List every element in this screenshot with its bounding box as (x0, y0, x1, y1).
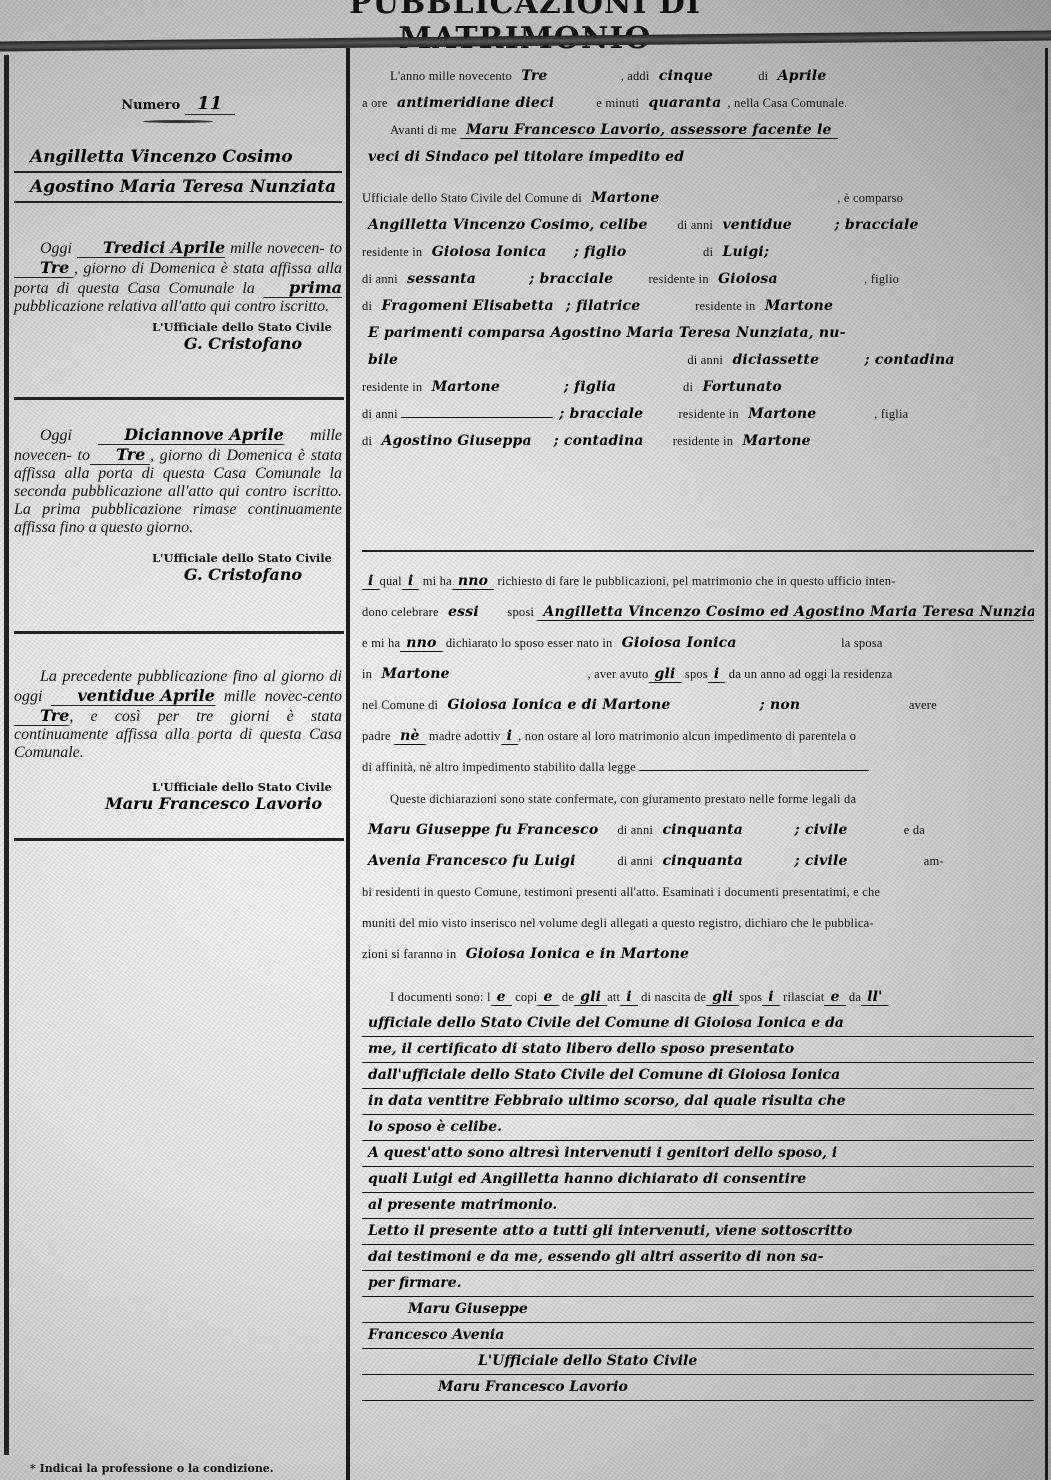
officer-signature: Maru Francesco Lavorio (432, 1379, 634, 1395)
record-line: e mi hanno dichiarato lo sposo esser nat… (362, 628, 1034, 659)
print-text: di (362, 434, 372, 448)
hw-text: Letto il presente atto a tutti gli inter… (362, 1223, 858, 1239)
record-line: veci di Sindaco pel titolare impedito ed (362, 144, 1034, 171)
profession-hw: ; filatrice (560, 293, 692, 320)
spacer (362, 171, 1034, 185)
print-text: e minuti (596, 96, 639, 110)
record-line: bi residenti in questo Comune, testimoni… (362, 877, 1034, 908)
residence-hw: Gioiosa (712, 266, 864, 293)
first-pub-date: Tredici Aprile (77, 238, 225, 258)
print-text: residente in (648, 272, 708, 286)
print-text: am- (924, 854, 944, 868)
record-line: di Fragomeni Elisabetta; filatrice resid… (362, 293, 1034, 320)
print-text: e da (904, 823, 925, 837)
print-text: residente in (673, 434, 733, 448)
hw-text: A quest'atto sono altresì intervenuti i … (362, 1145, 843, 1161)
signature-line: Maru Giuseppe (362, 1297, 1034, 1323)
record-line: Angilletta Vincenzo Cosimo, celibe di an… (362, 212, 1034, 239)
hw-fill: nno (452, 573, 494, 590)
section-rule (14, 838, 344, 841)
record-line: Maru Giuseppe fu Francesco di anni cinqu… (362, 815, 1034, 846)
residence-hw: Martone (742, 401, 874, 428)
record-line: di anni ; bracciale residente in Martone… (362, 401, 1034, 428)
signature-label: L'Ufficiale dello Stato Civile (14, 551, 342, 565)
final-note-date: ventidue Aprile (51, 686, 215, 706)
record-line: muniti del mio visto inserisco nel volum… (362, 908, 1034, 939)
print-text: in (362, 667, 372, 681)
age-hw: sessanta (401, 266, 523, 293)
hw-fill: i (708, 666, 726, 683)
officer-hw: Maru Francesco Lavorio, assessore facent… (460, 122, 838, 139)
hw-fill: essi (442, 597, 504, 628)
second-publication-box: Oggi Diciannove Aprile mille novecen- to… (14, 425, 342, 584)
hw-line: per firmare. (362, 1271, 1034, 1297)
hw-text: dai testimoni e da me, essendo gli altri… (362, 1249, 830, 1265)
requests-section: iquali mi hanno richiesto di fare le pub… (362, 566, 1034, 783)
hw-fill: e (824, 989, 845, 1006)
residence-hw: Martone (426, 374, 558, 401)
comune-hw: Martone (585, 185, 837, 212)
record-line: in Martone, aver avutogli sposi da un an… (362, 659, 1034, 690)
hw-fill: gli (649, 666, 682, 683)
hw-fill: ll' (861, 989, 889, 1006)
month-hw: Aprile (772, 63, 904, 90)
year-prefix: to (330, 240, 342, 257)
age-hw: diciassette (726, 347, 858, 374)
print-text: zioni si faranno in (362, 947, 456, 961)
hw-fill: i (402, 573, 420, 590)
hw-line: me, il certificato di stato libero dello… (362, 1037, 1034, 1063)
print-text: di (703, 245, 713, 259)
age-hw: cinquanta (656, 846, 788, 877)
record-line: dono celebrare essi sposi Angilletta Vin… (362, 597, 1034, 628)
documents-section: I documenti sono: le copie degliatti di … (362, 983, 1034, 1401)
second-pub-year: Tre (90, 445, 150, 465)
section-rule (14, 631, 344, 634)
hw-line: in data ventitre Febbraio ultimo scorso,… (362, 1089, 1034, 1115)
signature-label: L'Ufficiale dello Stato Civile (14, 780, 342, 794)
hw-line: A quest'atto sono altresì intervenuti i … (362, 1141, 1034, 1167)
print-text: residente in (678, 407, 738, 421)
hw-line: al presente matrimonio. (362, 1193, 1034, 1219)
record-line: di Agostino Giuseppa; contadina resident… (362, 428, 1034, 455)
profession-hw: ; bracciale (523, 266, 645, 293)
hw-line: dai testimoni e da me, essendo gli altri… (362, 1245, 1034, 1271)
print-text: , figlia (874, 407, 908, 421)
profession-hw: ; civile (788, 815, 900, 846)
hw-text: al presente matrimonio. (362, 1197, 563, 1213)
print-text: dono celebrare (362, 605, 439, 619)
record-line: Queste dichiarazioni sono state conferma… (362, 784, 1034, 815)
print-text: att (607, 990, 620, 1004)
print-text: L'anno mille novecento (390, 69, 512, 83)
first-pub-text-3: pubblicazione relativa all'atto qui cont… (14, 298, 329, 315)
minutes-hw: quaranta (643, 90, 728, 117)
year-prefix: to (78, 447, 90, 464)
first-pub-year: Tre (14, 258, 74, 278)
profession-hw: ; civile (788, 846, 920, 877)
relation-hw: ; figlia (558, 374, 680, 401)
print-text: , figlio (864, 272, 899, 286)
publication-places-hw: Gioiosa Ionica e in Martone (460, 939, 912, 970)
hw-text: lo sposo è celibe. (362, 1119, 508, 1135)
print-text: spos (685, 667, 708, 681)
print-text: , aver avuto (587, 667, 648, 681)
oggi-label: Oggi (40, 427, 72, 444)
residence-hw: Martone (736, 428, 868, 455)
status-hw: bile (362, 347, 684, 374)
relation-hw: ; figlio (568, 239, 700, 266)
signature-line: Maru Francesco Lavorio (362, 1375, 1034, 1401)
age-hw: cinquanta (656, 815, 788, 846)
record-line: residente in Gioiosa Ionica; figlio di L… (362, 239, 1034, 266)
hw-text: per firmare. (362, 1275, 468, 1291)
print-text: di anni (617, 854, 653, 868)
print-text: di anni (362, 407, 398, 421)
signature: G. Cristofano (14, 334, 342, 353)
mother-hw: Fragomeni Elisabetta (375, 293, 559, 320)
witness-hw: Maru Giuseppe fu Francesco (362, 815, 614, 846)
bride-hw: E parimenti comparsa Agostino Maria Tere… (362, 320, 1034, 347)
print-text: nel Comune di (362, 698, 438, 712)
record-line: Ufficiale dello Stato Civile del Comune … (362, 185, 1034, 212)
print-text: di anni (677, 218, 713, 232)
hw-line: quali Luigi ed Angilletta hanno dichiara… (362, 1167, 1034, 1193)
bride-name: Agostino Maria Teresa Nunziata (14, 173, 342, 203)
hw-fill: e (537, 989, 558, 1006)
hw-fill: gli (706, 989, 739, 1006)
signature: G. Cristofano (14, 565, 342, 584)
ornament-divider (143, 120, 213, 123)
print-text: padre (362, 729, 391, 743)
print-text: di nascita de (641, 990, 706, 1004)
print-text: avere (909, 698, 937, 712)
record-line: a ore antimeridiane dieci e minuti quara… (362, 90, 1034, 117)
signature-line: Francesco Avenia (362, 1323, 1034, 1349)
hw-fill: i (620, 989, 638, 1006)
age-hw (401, 417, 553, 418)
spouses-hw: Angilletta Vincenzo Cosimo ed Agostino M… (537, 604, 1034, 621)
age-hw: ventidue (716, 212, 828, 239)
hw-text: quali Luigi ed Angilletta hanno dichiara… (362, 1171, 812, 1187)
record-line: iquali mi hanno richiesto di fare le pub… (362, 566, 1034, 597)
spouse-names: Angilletta Vincenzo Cosimo Agostino Mari… (14, 143, 342, 203)
witness-signature: Francesco Avenia (362, 1327, 510, 1343)
print-text: muniti del mio visto inserisco nel volum… (362, 916, 874, 930)
signature: Maru Francesco Lavorio (14, 794, 342, 813)
hour-hw: antimeridiane dieci (391, 90, 593, 117)
print-text: copi (515, 990, 537, 1004)
print-text: di anni (617, 823, 653, 837)
father-hw: Luigi; (716, 239, 928, 266)
print-text: , nella Casa Comunale. (727, 96, 847, 110)
hw-fill: nè (394, 728, 426, 745)
hw-fill: gli (574, 989, 607, 1006)
profession-hw: ; contadina (858, 347, 990, 374)
print-text: dichiarato lo sposo esser nato in (446, 636, 613, 650)
print-text: Queste dichiarazioni sono state conferma… (390, 792, 856, 806)
profession-hw: ; contadina (547, 428, 669, 455)
print-text: spos (739, 990, 762, 1004)
first-pub-text-1: mille novecen- (230, 240, 325, 257)
declarations-section: Queste dichiarazioni sono state conferma… (362, 784, 1034, 970)
record-line: residente in Martone; figlia di Fortunat… (362, 374, 1034, 401)
print-text: , non ostare al loro matrimonio alcun im… (518, 729, 856, 743)
mother-hw: Agostino Giuseppa (375, 428, 547, 455)
record-line: Avenia Francesco fu Luigi di anni cinqua… (362, 846, 1034, 877)
groom-hw: Angilletta Vincenzo Cosimo, celibe (362, 212, 674, 239)
final-note-text-2: mille novec-cento (224, 688, 342, 705)
handwritten-body: ufficiale dello Stato Civile del Comune … (362, 1011, 1034, 1401)
main-record: L'anno mille novecento Tre , addì cinque… (362, 63, 1034, 455)
record-line: nel Comune di Gioiosa Ionica e di Marton… (362, 690, 1034, 721)
day-hw: cinque (653, 63, 755, 90)
print-text: Ufficiale dello Stato Civile del Comune … (362, 191, 582, 205)
hw-fill: e (491, 989, 512, 1006)
record-line: zioni si faranno in Gioiosa Ionica e in … (362, 939, 1034, 970)
print-text: a ore (362, 96, 388, 110)
print-text: sposi (507, 605, 534, 619)
print-text: , è comparso (837, 191, 903, 205)
witness-signature: Maru Giuseppe (402, 1301, 534, 1317)
record-line: Avanti di me Maru Francesco Lavorio, ass… (362, 117, 1034, 144)
print-text: da (849, 990, 861, 1004)
print-text: residente in (362, 380, 422, 394)
record-line: padre nè madre adottivi, non ostare al l… (362, 721, 1034, 752)
residence-hw: Gioiosa Ionica e di Martone (442, 690, 754, 721)
print-text: rilasciat (783, 990, 824, 1004)
print-text: bi residenti in questo Comune, testimoni… (362, 885, 880, 899)
print-text: di (683, 380, 693, 394)
print-text: residente in (362, 245, 422, 259)
hw-fill: i (762, 989, 780, 1006)
final-note-box: La precedente pubblicazione fino al gior… (14, 668, 342, 813)
print-text: e mi ha (362, 636, 400, 650)
father-hw: Fortunato (696, 374, 958, 401)
hw-text: dall'ufficiale dello Stato Civile del Co… (362, 1067, 846, 1083)
hw-text: me, il certificato di stato libero dello… (362, 1041, 800, 1057)
print-text: di anni (362, 272, 398, 286)
hw-text: ufficiale dello Stato Civile del Comune … (362, 1015, 850, 1031)
signature-label: L'Ufficiale dello Stato Civile (14, 320, 342, 334)
print-text: la sposa (841, 636, 883, 650)
hw-line: dall'ufficiale dello Stato Civile del Co… (362, 1063, 1034, 1089)
section-rule (14, 397, 344, 400)
right-border (1045, 48, 1048, 1480)
print-text: richiesto di fare le pubblicazioni, pel … (497, 574, 895, 588)
groom-name: Angilletta Vincenzo Cosimo (14, 143, 342, 173)
print-text: de (562, 990, 574, 1004)
first-pub-ordinal: prima (263, 278, 342, 298)
numero-label: Numero (121, 98, 180, 113)
print-text: di anni (687, 353, 723, 367)
print-text: qual (380, 574, 402, 588)
left-column: Numero 11 Angilletta Vincenzo Cosimo Ago… (14, 55, 342, 203)
print-text: , addì (621, 69, 650, 83)
signature-line: L'Ufficiale dello Stato Civile (362, 1349, 1034, 1375)
oggi-label: Oggi (40, 240, 72, 257)
hw-fill: nno (400, 635, 442, 652)
hw-fill: ; non (754, 690, 906, 721)
hw-line: Letto il presente atto a tutti gli inter… (362, 1219, 1034, 1245)
profession-hw: ; bracciale (828, 212, 960, 239)
hw-text: in data ventitre Febbraio ultimo scorso,… (362, 1093, 852, 1109)
birthplace-hw: Gioiosa Ionica (616, 628, 838, 659)
print-text: I documenti sono: l (390, 990, 491, 1004)
hw-fill: i (501, 728, 519, 745)
hw-line: ufficiale dello Stato Civile del Comune … (362, 1011, 1034, 1037)
officer-hw: veci di Sindaco pel titolare impedito ed (362, 144, 994, 171)
print-text: residente in (695, 299, 755, 313)
numero-value: 11 (185, 93, 235, 115)
print-text: di (758, 69, 768, 83)
section-rule (362, 550, 1034, 552)
document-page: PUBBLICAZIONI DI MATRIMONIO Numero 11 An… (0, 0, 1051, 1480)
footnote: * Indicai la professione o la condizione… (30, 1462, 274, 1475)
final-note-year: Tre (14, 706, 69, 726)
witness-hw: Avenia Francesco fu Luigi (362, 846, 614, 877)
record-line: di affinità, nè altro impedimento stabil… (362, 752, 1034, 783)
print-text: madre adottiv (429, 729, 501, 743)
record-line: E parimenti comparsa Agostino Maria Tere… (362, 320, 1034, 347)
second-pub-date: Diciannove Aprile (98, 425, 284, 445)
residence-hw: Martone (759, 293, 891, 320)
record-number: Numero 11 (14, 93, 342, 116)
year-hw: Tre (515, 63, 617, 90)
officer-title: L'Ufficiale dello Stato Civile (472, 1353, 703, 1369)
first-publication-box: Oggi Tredici Aprile mille novecen- toTre… (14, 238, 342, 353)
birthplace-hw: Martone (375, 659, 587, 690)
record-line: di anni sessanta; bracciale residente in… (362, 266, 1034, 293)
left-border (4, 55, 9, 1455)
residence-hw: Gioiosa Ionica (426, 239, 568, 266)
print-text: da un anno ad oggi la residenza (729, 667, 893, 681)
print-text: Avanti di me (390, 123, 457, 137)
documents-line: I documenti sono: le copie degliatti di … (362, 983, 1034, 1011)
print-text: di (362, 299, 372, 313)
hw-line: lo sposo è celibe. (362, 1115, 1034, 1141)
column-divider (346, 48, 350, 1480)
print-text: mi ha (423, 574, 452, 588)
print-text: di affinità, nè altro impedimento stabil… (362, 760, 636, 774)
profession-hw: ; bracciale (553, 401, 675, 428)
hw-fill: i (362, 573, 380, 590)
record-line: bile di anni diciassette; contadina (362, 347, 1034, 374)
blank-line (639, 770, 869, 771)
record-line: L'anno mille novecento Tre , addì cinque… (362, 63, 1034, 90)
